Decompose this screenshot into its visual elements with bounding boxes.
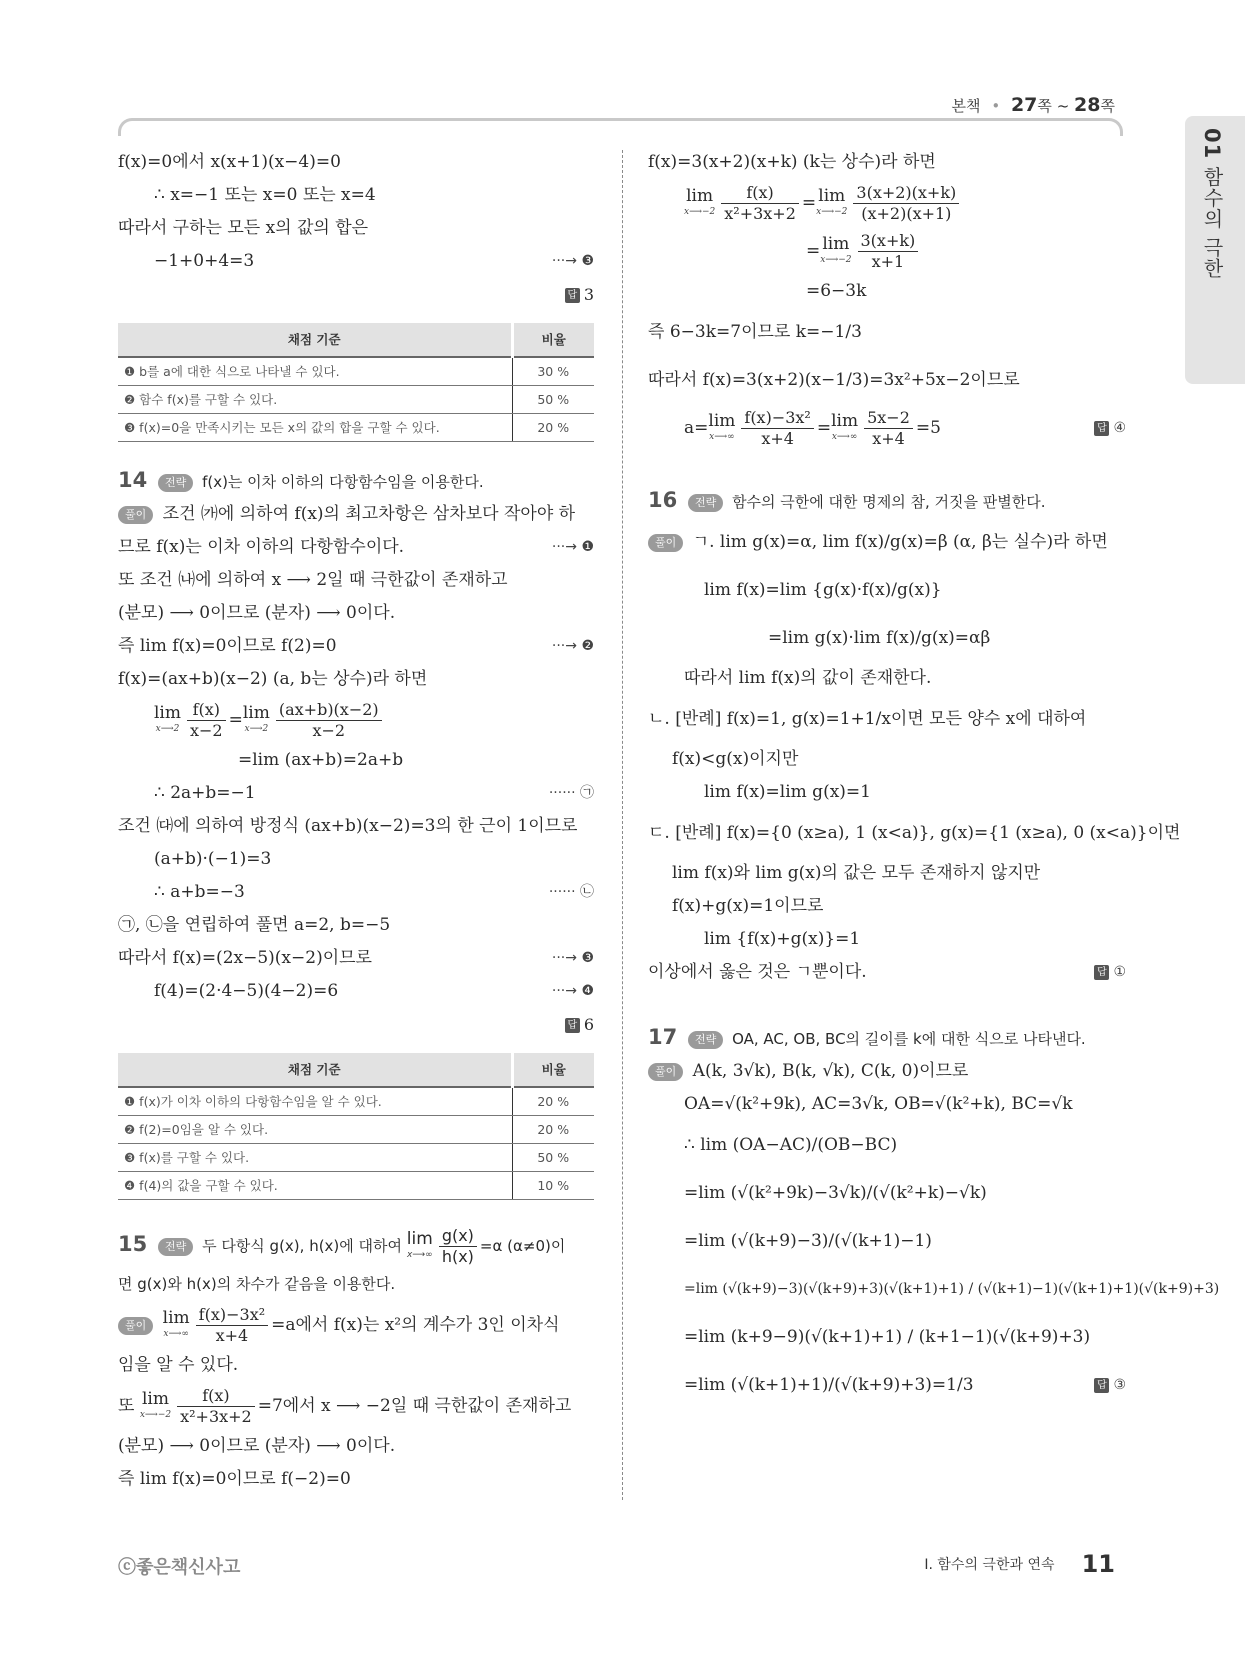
strategy-badge: 전략	[688, 494, 723, 512]
fraction: 3(x+2)(x+k)(x+2)(x+1)	[853, 183, 959, 224]
grading-table-14: 채점 기준 비율 ❶ f(x)가 이차 이하의 다항함수임을 알 수 있다. 2…	[118, 1053, 594, 1200]
text: f(4)=(2·4−5)(4−2)=6	[154, 981, 338, 1001]
limit: limx⟶∞	[407, 1231, 433, 1263]
math-line: OA=√(k²+9k), AC=3√k, OB=√(k²+k), BC=√k	[648, 1088, 1126, 1121]
answer-icon: 답	[1094, 965, 1109, 980]
answer-line: 답6	[118, 1008, 594, 1041]
strategy-text: f(x)는 이차 이하의 다항함수임을 이용한다.	[202, 473, 484, 491]
text: 조건 ㈎에 의하여 f(x)의 최고차항은 삼차보다 작아야 하	[163, 504, 575, 524]
strategy-text: 함수의 극한에 대한 명제의 참, 거짓을 판별한다.	[732, 493, 1045, 511]
problem-15-heading: 15 전략 두 다항식 g(x), h(x)에 대하여 limx⟶∞g(x)h(…	[118, 1220, 594, 1268]
text: 이상에서 옳은 것은 ㄱ뿐이다.	[648, 962, 867, 982]
text: =a에서 f(x)는 x²의 계수가 3인 이차식	[271, 1315, 559, 1335]
range-separator: ~	[1057, 97, 1070, 115]
step-marker: ···→ ❶	[552, 531, 594, 564]
fraction: f(x)x²+3x+2	[177, 1386, 255, 1427]
text-line: ∴ a+b=−3 ······ ㉡	[118, 876, 594, 909]
math-line: 풀이 limx⟶∞f(x)−3x²x+4=a에서 f(x)는 x²의 계수가 3…	[118, 1301, 594, 1349]
answer-value: 3	[584, 285, 594, 304]
solution-badge: 풀이	[648, 534, 683, 552]
answer-icon: 답	[565, 1018, 580, 1033]
left-column: f(x)=0에서 x(x+1)(x−4)=0 ∴ x=−1 또는 x=0 또는 …	[118, 146, 594, 1496]
answer-icon: 답	[1094, 1378, 1109, 1393]
table-row: ❸ f(x)를 구할 수 있다. 50 %	[118, 1144, 594, 1172]
text: =lim (√(k+1)+1)/(√(k+9)+3)=1/3	[684, 1375, 974, 1395]
column-header: 채점 기준	[118, 323, 512, 357]
chapter-label: Ⅰ. 함수의 극한과 연속	[924, 1557, 1054, 1573]
text-line: (a+b)·(−1)=3	[118, 843, 594, 876]
fraction: f(x)−3x²x+4	[196, 1305, 268, 1346]
right-column: f(x)=3(x+2)(x+k) (k는 상수)라 하면 limx⟶−2f(x)…	[648, 146, 1126, 1409]
text-line: 즉 6−3k=7이므로 k=−1/3	[648, 308, 1126, 356]
strategy-text: =α (α≠0)이	[480, 1237, 565, 1255]
text-line: −1+0+4=3 ···→ ❸	[118, 245, 594, 278]
fraction: f(x)x²+3x+2	[721, 183, 799, 224]
math-line: 또 limx⟶−2f(x)x²+3x+2=7에서 x ⟶ −2일 때 극한값이 …	[118, 1382, 594, 1430]
math-line: =lim (√(k+9)−3)/(√(k+1)−1)	[648, 1217, 1126, 1265]
math-line: =lim (√(k+9)−3)(√(k+9)+3)(√(k+1)+1) / (√…	[648, 1265, 1126, 1313]
ratio: 50 %	[512, 1144, 594, 1172]
math-line: lim {f(x)+g(x)}=1	[648, 923, 1126, 956]
fraction: f(x)x−2	[187, 700, 226, 741]
text-line: ㄷ. [반례] f(x)={0 (x≥a), 1 (x<a)}, g(x)={1…	[648, 809, 1126, 857]
page-footer: Ⅰ. 함수의 극한과 연속 11	[924, 1550, 1115, 1578]
text-line: ∴ x=−1 또는 x=0 또는 x=4	[118, 179, 594, 212]
problem-14-heading: 14 전략 f(x)는 이차 이하의 다항함수임을 이용한다.	[118, 462, 594, 498]
limit: limx⟶−2	[684, 188, 715, 220]
chapter-title: 함수의 극한	[1200, 167, 1224, 279]
math-line: =6−3k	[648, 275, 1126, 308]
criterion: ❸ f(x)를 구할 수 있다.	[118, 1144, 512, 1172]
text-line: 임을 알 수 있다.	[118, 1349, 594, 1382]
criterion: ❷ 함수 f(x)를 구할 수 있다.	[118, 386, 512, 414]
problem-number: 15	[118, 1232, 147, 1256]
page-start-unit: 쪽	[1037, 97, 1052, 115]
text-line: 풀이 A(k, 3√k), B(k, √k), C(k, 0)이므로	[648, 1055, 1126, 1088]
math-line: =lim (k+9−9)(√(k+1)+1) / (k+1−1)(√(k+9)+…	[648, 1313, 1126, 1361]
page-start: 27	[1011, 94, 1037, 116]
problem-number: 17	[648, 1025, 677, 1049]
limit: limx⟶∞	[831, 413, 858, 445]
text-line: 이상에서 옳은 것은 ㄱ뿐이다. 답①	[648, 956, 1126, 989]
problem-16-heading: 16 전략 함수의 극한에 대한 명제의 참, 거짓을 판별한다.	[648, 482, 1126, 518]
math-line: =limx⟶−23(x+k)x+1	[648, 227, 1126, 275]
column-header: 비율	[512, 1053, 594, 1087]
text: ∴ a+b=−3	[154, 882, 245, 902]
limit: limx⟶2	[154, 705, 181, 737]
limit: limx⟶−2	[140, 1391, 171, 1423]
chapter-number: 01	[1200, 128, 1224, 159]
criterion: ❸ f(x)=0을 만족시키는 모든 x의 값의 합을 구할 수 있다.	[118, 414, 512, 442]
answer-value: ①	[1113, 964, 1126, 980]
math-line: =lim g(x)·lim f(x)/g(x)=αβ	[648, 614, 1126, 662]
ratio: 10 %	[512, 1172, 594, 1200]
page-end-unit: 쪽	[1101, 97, 1116, 115]
problem-number: 16	[648, 488, 677, 512]
chapter-side-tab-label: 01 함수의 극한	[1198, 128, 1227, 279]
fraction: (ax+b)(x−2)x−2	[276, 700, 382, 741]
text: 므로 f(x)는 이차 이하의 다항함수이다.	[118, 537, 404, 557]
answer-value: 6	[584, 1015, 594, 1034]
answer-value: ③	[1113, 1377, 1126, 1393]
answer-icon: 답	[565, 288, 580, 303]
limit: limx⟶−2	[820, 236, 851, 268]
text: A(k, 3√k), B(k, √k), C(k, 0)이므로	[693, 1061, 969, 1081]
text-line: 즉 lim f(x)=0이므로 f(−2)=0	[118, 1463, 594, 1496]
ratio: 20 %	[512, 1087, 594, 1116]
ratio: 20 %	[512, 1116, 594, 1144]
text-line: lim f(x)와 lim g(x)의 값은 모두 존재하지 않지만	[648, 857, 1126, 890]
table-row: ❸ f(x)=0을 만족시키는 모든 x의 값의 합을 구할 수 있다. 20 …	[118, 414, 594, 442]
step-marker: ···→ ❸	[552, 245, 594, 278]
table-row: ❷ 함수 f(x)를 구할 수 있다. 50 %	[118, 386, 594, 414]
strategy-continuation: 면 g(x)와 h(x)의 차수가 같음을 이용한다.	[118, 1268, 594, 1301]
text-line: (분모) ⟶ 0이므로 (분자) ⟶ 0이다.	[118, 1430, 594, 1463]
math-line: =lim (√(k+1)+1)/(√(k+9)+3)=1/3 답③	[648, 1361, 1126, 1409]
text: ∴ 2a+b=−1	[154, 783, 256, 803]
bullet-dot-icon: •	[991, 97, 1000, 115]
ratio: 50 %	[512, 386, 594, 414]
limit: limx⟶∞	[708, 413, 735, 445]
column-header: 채점 기준	[118, 1053, 512, 1087]
equation: −1+0+4=3	[154, 251, 254, 271]
ratio: 20 %	[512, 414, 594, 442]
text-line: 므로 f(x)는 이차 이하의 다항함수이다. ···→ ❶	[118, 531, 594, 564]
limit: limx⟶−2	[816, 188, 847, 220]
ratio: 30 %	[512, 357, 594, 386]
page-number: 11	[1082, 1550, 1115, 1578]
publisher-logo: ⓒ좋은책신사고	[118, 1553, 240, 1579]
text: ㄱ. lim g(x)=α, lim f(x)/g(x)=β (α, β는 실수…	[693, 532, 1108, 552]
text: 또	[118, 1396, 134, 1416]
table-row: ❶ b를 a에 대한 식으로 나타낼 수 있다. 30 %	[118, 357, 594, 386]
criterion: ❶ b를 a에 대한 식으로 나타낼 수 있다.	[118, 357, 512, 386]
text-line: f(x)+g(x)=1이므로	[648, 890, 1126, 923]
criterion: ❷ f(2)=0임을 알 수 있다.	[118, 1116, 512, 1144]
table-row: ❶ f(x)가 이차 이하의 다항함수임을 알 수 있다. 20 %	[118, 1087, 594, 1116]
table-row: ❷ f(2)=0임을 알 수 있다. 20 %	[118, 1116, 594, 1144]
text-line: 따라서 f(x)=3(x+2)(x−1/3)=3x²+5x−2이므로	[648, 356, 1126, 404]
text-line: ㄴ. [반례] f(x)=1, g(x)=1+1/x이면 모든 양수 x에 대하…	[648, 695, 1126, 743]
step-marker: ···→ ❹	[552, 975, 594, 1008]
math-line: =lim (ax+b)=2a+b	[118, 744, 594, 777]
text-line: f(x)=0에서 x(x+1)(x−4)=0	[118, 146, 594, 179]
answer-icon: 답	[1094, 421, 1109, 436]
criterion: ❹ f(4)의 값을 구할 수 있다.	[118, 1172, 512, 1200]
step-marker: ···→ ❸	[552, 942, 594, 975]
answer-line: 답3	[118, 278, 594, 311]
solution-badge: 풀이	[648, 1063, 683, 1081]
strategy-badge: 전략	[158, 1238, 193, 1256]
answer-mark: 답③	[1094, 1361, 1126, 1409]
page-end: 28	[1074, 94, 1100, 116]
text-line: ∴ 2a+b=−1 ······ ㉠	[118, 777, 594, 810]
math-line: lim f(x)=lim g(x)=1	[648, 776, 1126, 809]
math-line: a=limx⟶∞f(x)−3x²x+4=limx⟶∞5x−2x+4=5 답④	[648, 404, 1126, 452]
text: =7에서 x ⟶ −2일 때 극한값이 존재하고	[258, 1396, 572, 1416]
text-line: 따라서 f(x)=(2x−5)(x−2)이므로 ···→ ❸	[118, 942, 594, 975]
fraction: g(x)h(x)	[439, 1226, 477, 1267]
strategy-text: OA, AC, OB, BC의 길이를 k에 대한 식으로 나타낸다.	[732, 1030, 1086, 1048]
column-divider	[622, 150, 623, 1500]
text-line: f(x)<g(x)이지만	[648, 743, 1126, 776]
header-rule	[118, 118, 1123, 136]
math-line: ∴ lim (OA−AC)/(OB−BC)	[648, 1121, 1126, 1169]
math-line: lim f(x)=lim {g(x)·f(x)/g(x)}	[648, 566, 1126, 614]
answer-mark: 답④	[1094, 404, 1126, 452]
column-header: 비율	[512, 323, 594, 357]
text-line: 풀이 ㄱ. lim g(x)=α, lim f(x)/g(x)=β (α, β는…	[648, 518, 1126, 566]
text-line: (분모) ⟶ 0이므로 (분자) ⟶ 0이다.	[118, 597, 594, 630]
step-marker: ···→ ❷	[552, 630, 594, 663]
page-range-header: 본책 • 27쪽 ~ 28쪽	[952, 94, 1115, 116]
text-line: f(x)=3(x+2)(x+k) (k는 상수)라 하면	[648, 146, 1126, 179]
strategy-badge: 전략	[688, 1031, 723, 1049]
text: 즉 lim f(x)=0이므로 f(2)=0	[118, 636, 337, 656]
text: 따라서 f(x)=(2x−5)(x−2)이므로	[118, 948, 372, 968]
answer-value: ④	[1113, 420, 1126, 436]
math-line: limx⟶2f(x)x−2=limx⟶2(ax+b)(x−2)x−2	[118, 696, 594, 744]
text-line: 따라서 lim f(x)의 값이 존재한다.	[648, 662, 1126, 695]
book-label: 본책	[952, 97, 981, 115]
text-line: 풀이 조건 ㈎에 의하여 f(x)의 최고차항은 삼차보다 작아야 하	[118, 498, 594, 531]
limit: limx⟶2	[243, 705, 270, 737]
solution-badge: 풀이	[118, 506, 153, 524]
fraction: 3(x+k)x+1	[858, 231, 919, 272]
fraction: 5x−2x+4	[864, 408, 913, 449]
problem-number: 14	[118, 468, 147, 492]
math-line: =lim (√(k²+9k)−3√k)/(√(k²+k)−√k)	[648, 1169, 1126, 1217]
equation-label: ······ ㉠	[549, 777, 594, 810]
text-line: 조건 ㈐에 의하여 방정식 (ax+b)(x−2)=3의 한 근이 1이므로	[118, 810, 594, 843]
text-line: 또 조건 ㈏에 의하여 x ⟶ 2일 때 극한값이 존재하고	[118, 564, 594, 597]
text-line: f(x)=(ax+b)(x−2) (a, b는 상수)라 하면	[118, 663, 594, 696]
math-line: limx⟶−2f(x)x²+3x+2=limx⟶−23(x+2)(x+k)(x+…	[648, 179, 1126, 227]
answer-mark: 답①	[1094, 956, 1126, 989]
text-line: ㉠, ㉡을 연립하여 풀면 a=2, b=−5	[118, 909, 594, 942]
strategy-text: 두 다항식 g(x), h(x)에 대하여	[202, 1237, 402, 1255]
solution-badge: 풀이	[118, 1317, 153, 1335]
grading-table-13: 채점 기준 비율 ❶ b를 a에 대한 식으로 나타낼 수 있다. 30 % ❷…	[118, 323, 594, 442]
equation-label: ······ ㉡	[549, 876, 594, 909]
limit: limx⟶∞	[163, 1310, 190, 1342]
criterion: ❶ f(x)가 이차 이하의 다항함수임을 알 수 있다.	[118, 1087, 512, 1116]
text-line: 따라서 구하는 모든 x의 값의 합은	[118, 212, 594, 245]
table-row: ❹ f(4)의 값을 구할 수 있다. 10 %	[118, 1172, 594, 1200]
strategy-badge: 전략	[158, 474, 193, 492]
text-line: f(4)=(2·4−5)(4−2)=6 ···→ ❹	[118, 975, 594, 1008]
fraction: f(x)−3x²x+4	[741, 408, 813, 449]
problem-17-heading: 17 전략 OA, AC, OB, BC의 길이를 k에 대한 식으로 나타낸다…	[648, 1019, 1126, 1055]
text-line: 즉 lim f(x)=0이므로 f(2)=0 ···→ ❷	[118, 630, 594, 663]
